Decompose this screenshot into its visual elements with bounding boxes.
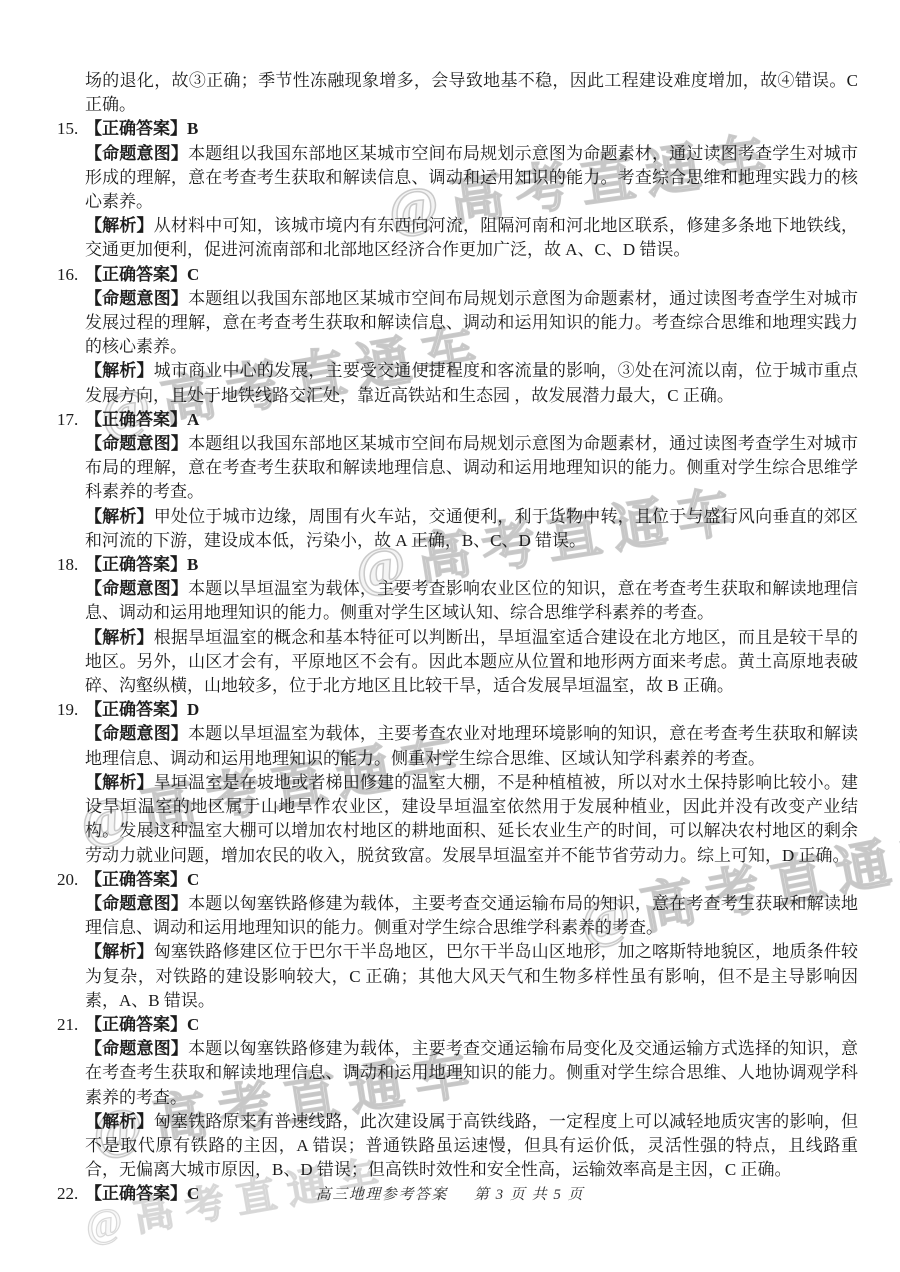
question-number: 21. <box>57 1013 78 1037</box>
intent-label: 【命题意图】 <box>85 894 188 913</box>
intent-label: 【命题意图】 <box>85 724 188 743</box>
exam-answer-page: @高考直通车 @高考直通车 @高考直通车 @高考直通车 @高考直通车 @高考直通… <box>0 0 900 1272</box>
answer-letter: D <box>187 700 199 719</box>
analysis-label: 【解析】 <box>85 628 154 647</box>
question-number: 16. <box>57 263 78 287</box>
intent-label: 【命题意图】 <box>85 144 188 163</box>
intro-continuation-paragraph: 场的退化，故③正确；季节性冻融现象增多，会导致地基不稳，因此工程建设难度增加，故… <box>85 69 858 117</box>
question-block: 19. 【正确答案】D 【命题意图】本题以旱垣温室为载体，主要考查农业对地理环境… <box>85 698 858 867</box>
analysis-label: 【解析】 <box>85 216 154 235</box>
question-number: 20. <box>57 868 78 892</box>
intent-label: 【命题意图】 <box>85 579 188 598</box>
analysis-paragraph: 【解析】旱垣温室是在坡地或者梯田修建的温室大棚，不是种植植被，所以对水土保持影响… <box>85 771 858 868</box>
answer-label: 【正确答案】 <box>85 265 187 284</box>
question-block: 18. 【正确答案】B 【命题意图】本题以旱垣温室为载体，主要考查影响农业区位的… <box>85 553 858 698</box>
answer-letter: B <box>187 555 198 574</box>
answer-letter: B <box>187 119 198 138</box>
intent-paragraph: 【命题意图】本题以匈塞铁路修建为载体，主要考查交通运输布局变化及交通运输方式选择… <box>85 1037 858 1110</box>
intent-paragraph: 【命题意图】本题组以我国东部地区某城市空间布局规划示意图为命题素材，通过读图考查… <box>85 432 858 505</box>
question-block: 21. 【正确答案】C 【命题意图】本题以匈塞铁路修建为载体，主要考查交通运输布… <box>85 1013 858 1182</box>
intent-text: 本题组以我国东部地区某城市空间布局规划示意图为命题素材，通过读图考查学生对城市布… <box>85 434 858 501</box>
intent-label: 【命题意图】 <box>85 1039 188 1058</box>
footer-page-info: 第 3 页 共 5 页 <box>474 1187 584 1203</box>
intent-paragraph: 【命题意图】本题组以我国东部地区某城市空间布局规划示意图为命题素材，通过读图考查… <box>85 287 858 360</box>
correct-answer-line: 【正确答案】D <box>85 698 858 722</box>
question-number: 19. <box>57 698 78 722</box>
footer-doc-title: 高三地理参考答案 <box>316 1187 448 1203</box>
question-number: 18. <box>57 553 78 577</box>
intent-text: 本题以旱垣温室为载体，主要考查影响农业区位的知识，意在考查考生获取和解读地理信息… <box>85 579 858 622</box>
answer-label: 【正确答案】 <box>85 1015 187 1034</box>
intent-text: 本题以旱垣温室为载体，主要考查农业对地理环境影响的知识，意在考查考生获取和解读地… <box>85 724 858 767</box>
question-block: 15. 【正确答案】B 【命题意图】本题组以我国东部地区某城市空间布局规划示意图… <box>85 117 858 262</box>
analysis-label: 【解析】 <box>85 773 154 792</box>
correct-answer-line: 【正确答案】A <box>85 408 858 432</box>
question-block: 16. 【正确答案】C 【命题意图】本题组以我国东部地区某城市空间布局规划示意图… <box>85 263 858 408</box>
answer-label: 【正确答案】 <box>85 870 187 889</box>
intent-label: 【命题意图】 <box>85 289 188 308</box>
answers-content-column: 场的退化，故③正确；季节性冻融现象增多，会导致地基不稳，因此工程建设难度增加，故… <box>85 69 858 1207</box>
intent-paragraph: 【命题意图】本题以匈塞铁路修建为载体，主要考查交通运输布局的知识，意在考查考生获… <box>85 892 858 940</box>
analysis-paragraph: 【解析】甲处位于城市边缘，周围有火车站，交通便利，利于货物中转，且位于与盛行风向… <box>85 505 858 553</box>
correct-answer-line: 【正确答案】C <box>85 263 858 287</box>
answer-letter: C <box>187 870 199 889</box>
answer-letter: C <box>187 1015 199 1034</box>
page-footer: 高三地理参考答案第 3 页 共 5 页 <box>0 1183 900 1204</box>
answer-label: 【正确答案】 <box>85 555 187 574</box>
analysis-paragraph: 【解析】根据旱垣温室的概念和基本特征可以判断出，旱垣温室适合建设在北方地区，而且… <box>85 626 858 699</box>
analysis-text: 匈塞铁路原来有普速线路，此次建设属于高铁线路，一定程度上可以减轻地质灾害的影响，… <box>85 1112 858 1179</box>
intent-text: 本题以匈塞铁路修建为载体，主要考查交通运输布局的知识，意在考查考生获取和解读地理… <box>85 894 858 937</box>
analysis-label: 【解析】 <box>85 361 154 380</box>
intent-paragraph: 【命题意图】本题组以我国东部地区某城市空间布局规划示意图为命题素材，通过读图考查… <box>85 142 858 215</box>
question-block: 17. 【正确答案】A 【命题意图】本题组以我国东部地区某城市空间布局规划示意图… <box>85 408 858 553</box>
question-number: 17. <box>57 408 78 432</box>
analysis-text: 城市商业中心的发展，主要受交通便捷程度和客流量的影响，③处在河流以南，位于城市重… <box>85 361 858 404</box>
analysis-text: 匈塞铁路修建区位于巴尔干半岛地区，巴尔干半岛山区地形，加之喀斯特地貌区，地质条件… <box>85 942 858 1009</box>
analysis-paragraph: 【解析】城市商业中心的发展，主要受交通便捷程度和客流量的影响，③处在河流以南，位… <box>85 359 858 407</box>
intent-text: 本题组以我国东部地区某城市空间布局规划示意图为命题素材，通过读图考查学生对城市发… <box>85 289 858 356</box>
questions-list: 15. 【正确答案】B 【命题意图】本题组以我国东部地区某城市空间布局规划示意图… <box>85 117 858 1206</box>
answer-label: 【正确答案】 <box>85 700 187 719</box>
correct-answer-line: 【正确答案】C <box>85 1013 858 1037</box>
answer-label: 【正确答案】 <box>85 119 187 138</box>
question-number: 15. <box>57 117 78 141</box>
answer-label: 【正确答案】 <box>85 410 187 429</box>
analysis-text: 甲处位于城市边缘，周围有火车站，交通便利，利于货物中转，且位于与盛行风向垂直的郊… <box>85 507 858 550</box>
analysis-text: 从材料中可知，该城市境内有东西向河流，阻隔河南和河北地区联系，修建多条地下地铁线… <box>85 216 858 259</box>
answer-letter: A <box>187 410 199 429</box>
answer-letter: C <box>187 265 199 284</box>
intent-text: 本题组以我国东部地区某城市空间布局规划示意图为命题素材，通过读图考查学生对城市形… <box>85 144 858 211</box>
analysis-paragraph: 【解析】从材料中可知，该城市境内有东西向河流，阻隔河南和河北地区联系，修建多条地… <box>85 214 858 262</box>
correct-answer-line: 【正确答案】C <box>85 868 858 892</box>
question-block: 20. 【正确答案】C 【命题意图】本题以匈塞铁路修建为载体，主要考查交通运输布… <box>85 868 858 1013</box>
analysis-label: 【解析】 <box>85 507 154 526</box>
intent-label: 【命题意图】 <box>85 434 188 453</box>
analysis-label: 【解析】 <box>85 942 154 961</box>
analysis-paragraph: 【解析】匈塞铁路原来有普速线路，此次建设属于高铁线路，一定程度上可以减轻地质灾害… <box>85 1110 858 1183</box>
analysis-text: 旱垣温室是在坡地或者梯田修建的温室大棚，不是种植植被，所以对水土保持影响比较小。… <box>85 773 858 865</box>
analysis-text: 根据旱垣温室的概念和基本特征可以判断出，旱垣温室适合建设在北方地区，而且是较干旱… <box>85 628 858 695</box>
analysis-paragraph: 【解析】匈塞铁路修建区位于巴尔干半岛地区，巴尔干半岛山区地形，加之喀斯特地貌区，… <box>85 940 858 1013</box>
intent-paragraph: 【命题意图】本题以旱垣温室为载体，主要考查影响农业区位的知识，意在考查考生获取和… <box>85 577 858 625</box>
intent-paragraph: 【命题意图】本题以旱垣温室为载体，主要考查农业对地理环境影响的知识，意在考查考生… <box>85 722 858 770</box>
correct-answer-line: 【正确答案】B <box>85 117 858 141</box>
correct-answer-line: 【正确答案】B <box>85 553 858 577</box>
intent-text: 本题以匈塞铁路修建为载体，主要考查交通运输布局变化及交通运输方式选择的知识，意在… <box>85 1039 858 1106</box>
analysis-label: 【解析】 <box>85 1112 154 1131</box>
